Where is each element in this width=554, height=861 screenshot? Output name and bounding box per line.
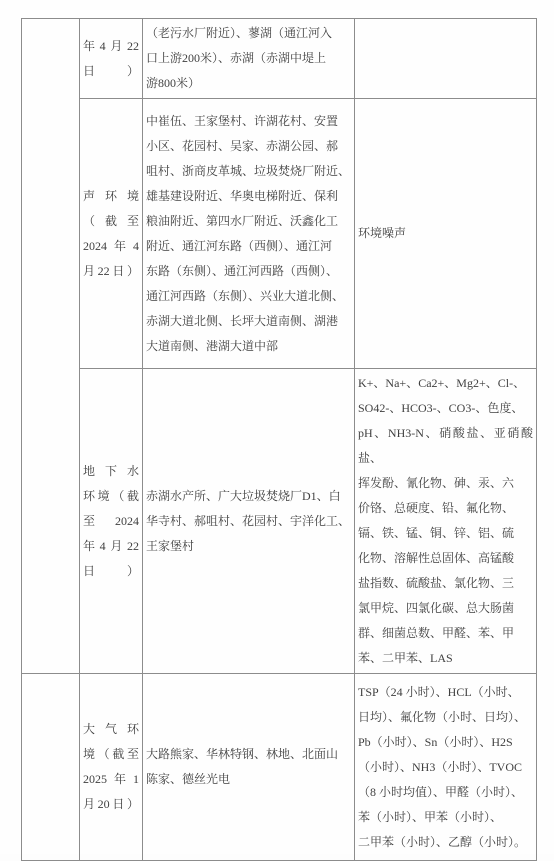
row1-locations-cell: （老污水厂附近）、蓼湖（通江河入 口上游200米）、赤湖（赤湖中堤上 游800米… xyxy=(143,19,355,99)
table-row-1: 年4月22 日） （老污水厂附近）、蓼湖（通江河入 口上游200米）、赤湖（赤湖… xyxy=(22,19,537,99)
row1-factors-cell xyxy=(355,19,537,99)
row2-factors-cell: 环境噪声 xyxy=(355,99,537,369)
table-row-4: 大气环 境（截至 2025年1 月20日） 大路熊家、华林特钢、林地、北面山 陈… xyxy=(22,674,537,861)
row2-locations-cell: 中崔伍、王家堡村、许湖花村、安置 小区、花园村、吴家、赤湖公园、郝 咀村、浙商皮… xyxy=(143,99,355,369)
row3-category-cell: 地下水 环境（截 至 2024 年4月22 日） xyxy=(80,369,143,674)
row4-locations-cell: 大路熊家、华林特钢、林地、北面山 陈家、德丝光电 xyxy=(143,674,355,861)
row4-category-cell: 大气环 境（截至 2025年1 月20日） xyxy=(80,674,143,861)
table-row-3: 地下水 环境（截 至 2024 年4月22 日） 赤湖水产所、广大垃圾焚烧厂D1… xyxy=(22,369,537,674)
row3-factors-cell: K+、Na+、Ca2+、Mg2+、Cl-、 SO42-、HCO3-、CO3-、色… xyxy=(355,369,537,674)
left-margin-bottom-cell xyxy=(22,674,80,861)
table-row-2: 声环境 （截至 2024年4 月22日） 中崔伍、王家堡村、许湖花村、安置 小区… xyxy=(22,99,537,369)
row2-category-cell: 声环境 （截至 2024年4 月22日） xyxy=(80,99,143,369)
monitoring-table: 年4月22 日） （老污水厂附近）、蓼湖（通江河入 口上游200米）、赤湖（赤湖… xyxy=(21,18,537,861)
left-margin-merged-cell xyxy=(22,19,80,674)
row3-locations-cell: 赤湖水产所、广大垃圾焚烧厂D1、白 华寺村、郝咀村、花园村、宇洋化工、 王家堡村 xyxy=(143,369,355,674)
row1-category-cell: 年4月22 日） xyxy=(80,19,143,99)
row4-factors-cell: TSP（24 小时）、HCL（小时、 日均）、氟化物（小时、日均）、 Pb（小时… xyxy=(355,674,537,861)
